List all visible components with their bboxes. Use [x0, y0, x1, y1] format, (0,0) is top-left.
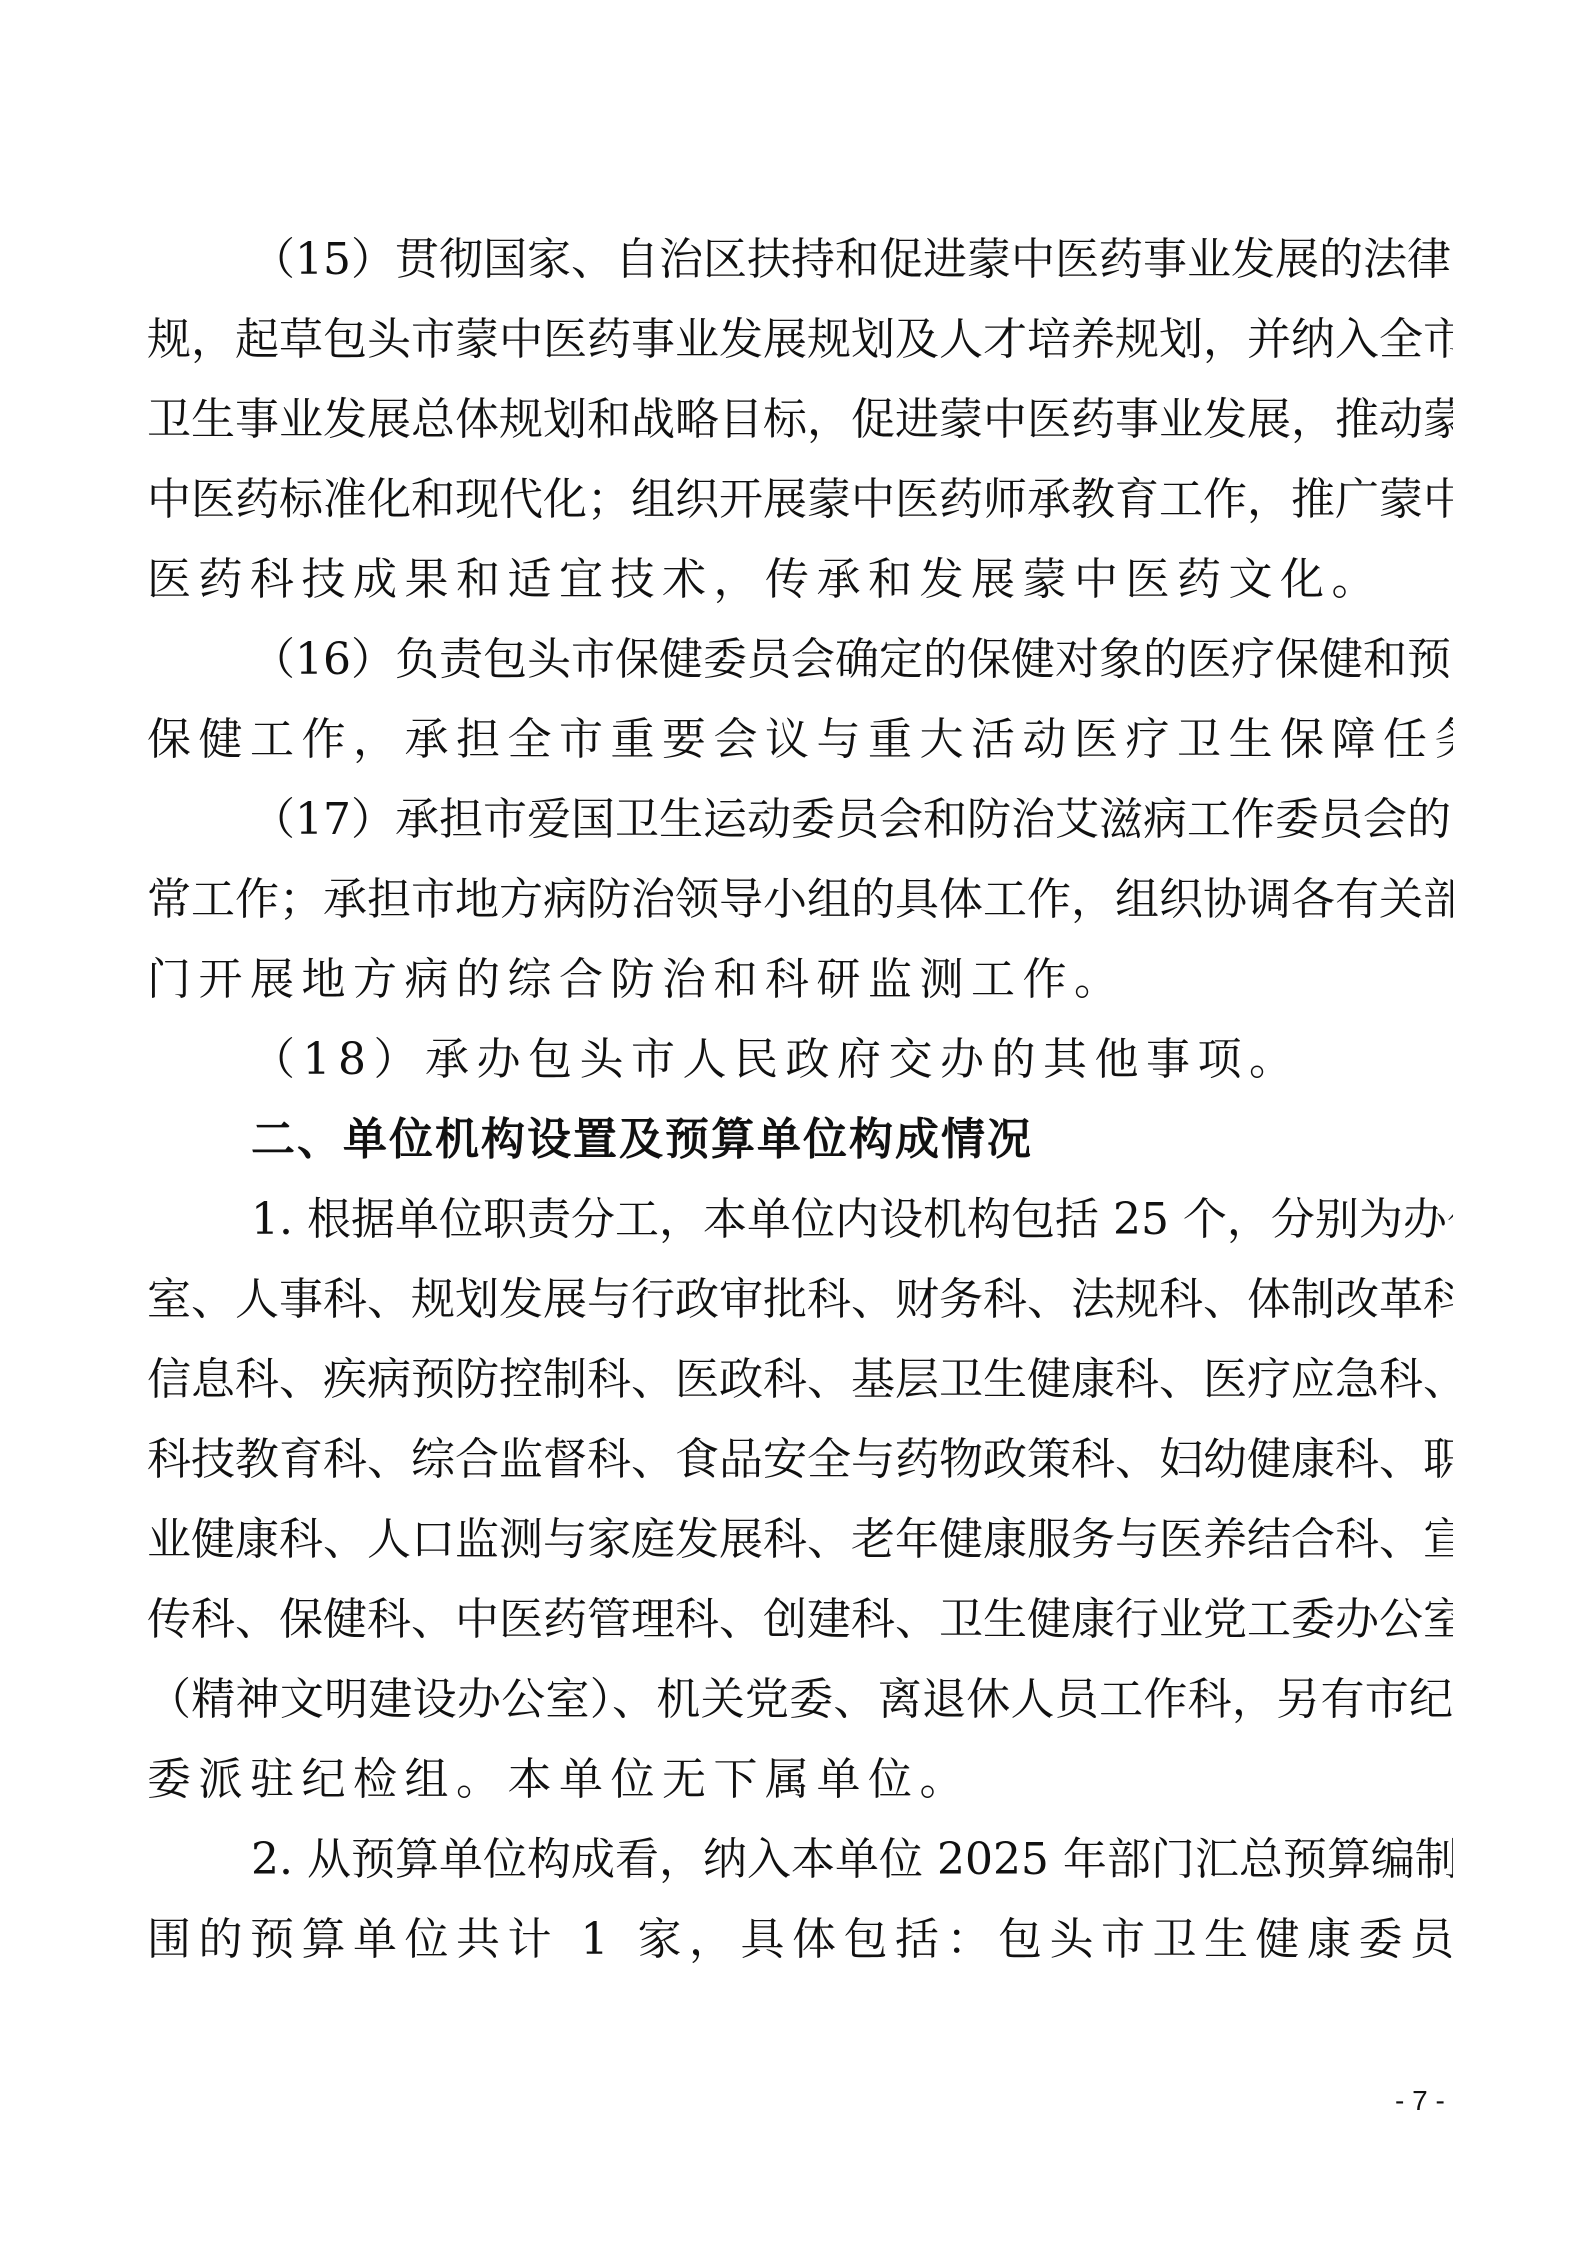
- section-item-2: 2. 从预算单位构成看，纳入本单位 2025 年部门汇总预算编制范 围的预算单位…: [147, 1820, 1453, 1980]
- paragraph-15: （15）贯彻国家、自治区扶持和促进蒙中医药事业发展的法律法 规，起草包头市蒙中医…: [147, 220, 1453, 620]
- paragraph-18: （18）承办包头市人民政府交办的其他事项。: [147, 1020, 1453, 1100]
- text-line: 室、人事科、规划发展与行政审批科、财务科、法规科、体制改革科、: [147, 1260, 1453, 1340]
- text-line: 传科、保健科、中医药管理科、创建科、卫生健康行业党工委办公室: [147, 1580, 1453, 1660]
- text-line: 信息科、疾病预防控制科、医政科、基层卫生健康科、医疗应急科、: [147, 1340, 1453, 1420]
- text-line: 规，起草包头市蒙中医药事业发展规划及人才培养规划，并纳入全市: [147, 300, 1453, 380]
- text-line: 1. 根据单位职责分工，本单位内设机构包括 25 个，分别为办公: [147, 1180, 1453, 1260]
- text-line: （精神文明建设办公室）、机关党委、离退休人员工作科，另有市纪: [147, 1660, 1453, 1740]
- text-line: 委派驻纪检组。本单位无下属单位。: [147, 1740, 1453, 1820]
- paragraph-16: （16）负责包头市保健委员会确定的保健对象的医疗保健和预防 保健工作，承担全市重…: [147, 620, 1453, 780]
- page-number: - 7 -: [1395, 2085, 1445, 2117]
- text-line: （18）承办包头市人民政府交办的其他事项。: [147, 1020, 1453, 1100]
- text-line: 门开展地方病的综合防治和科研监测工作。: [147, 940, 1453, 1020]
- text-line: 常工作；承担市地方病防治领导小组的具体工作，组织协调各有关部: [147, 860, 1453, 940]
- text-line: 2. 从预算单位构成看，纳入本单位 2025 年部门汇总预算编制范: [147, 1820, 1453, 1900]
- text-line: 卫生事业发展总体规划和战略目标，促进蒙中医药事业发展，推动蒙: [147, 380, 1453, 460]
- text-line: 中医药标准化和现代化；组织开展蒙中医药师承教育工作，推广蒙中: [147, 460, 1453, 540]
- text-line: （17）承担市爱国卫生运动委员会和防治艾滋病工作委员会的日: [147, 780, 1453, 860]
- section-item-1: 1. 根据单位职责分工，本单位内设机构包括 25 个，分别为办公 室、人事科、规…: [147, 1180, 1453, 1820]
- text-line: 科技教育科、综合监督科、食品安全与药物政策科、妇幼健康科、职: [147, 1420, 1453, 1500]
- paragraph-17: （17）承担市爱国卫生运动委员会和防治艾滋病工作委员会的日 常工作；承担市地方病…: [147, 780, 1453, 1020]
- text-line: 医药科技成果和适宜技术，传承和发展蒙中医药文化。: [147, 540, 1453, 620]
- text-line: 保健工作，承担全市重要会议与重大活动医疗卫生保障任务。: [147, 700, 1453, 780]
- section-heading: 二、单位机构设置及预算单位构成情况: [147, 1100, 1453, 1180]
- text-line: 业健康科、人口监测与家庭发展科、老年健康服务与医养结合科、宣: [147, 1500, 1453, 1580]
- document-page: （15）贯彻国家、自治区扶持和促进蒙中医药事业发展的法律法 规，起草包头市蒙中医…: [147, 220, 1453, 1980]
- text-line: 围的预算单位共计 1 家，具体包括：包头市卫生健康委员会。: [147, 1900, 1453, 1980]
- text-line: （16）负责包头市保健委员会确定的保健对象的医疗保健和预防: [147, 620, 1453, 700]
- text-line: （15）贯彻国家、自治区扶持和促进蒙中医药事业发展的法律法: [147, 220, 1453, 300]
